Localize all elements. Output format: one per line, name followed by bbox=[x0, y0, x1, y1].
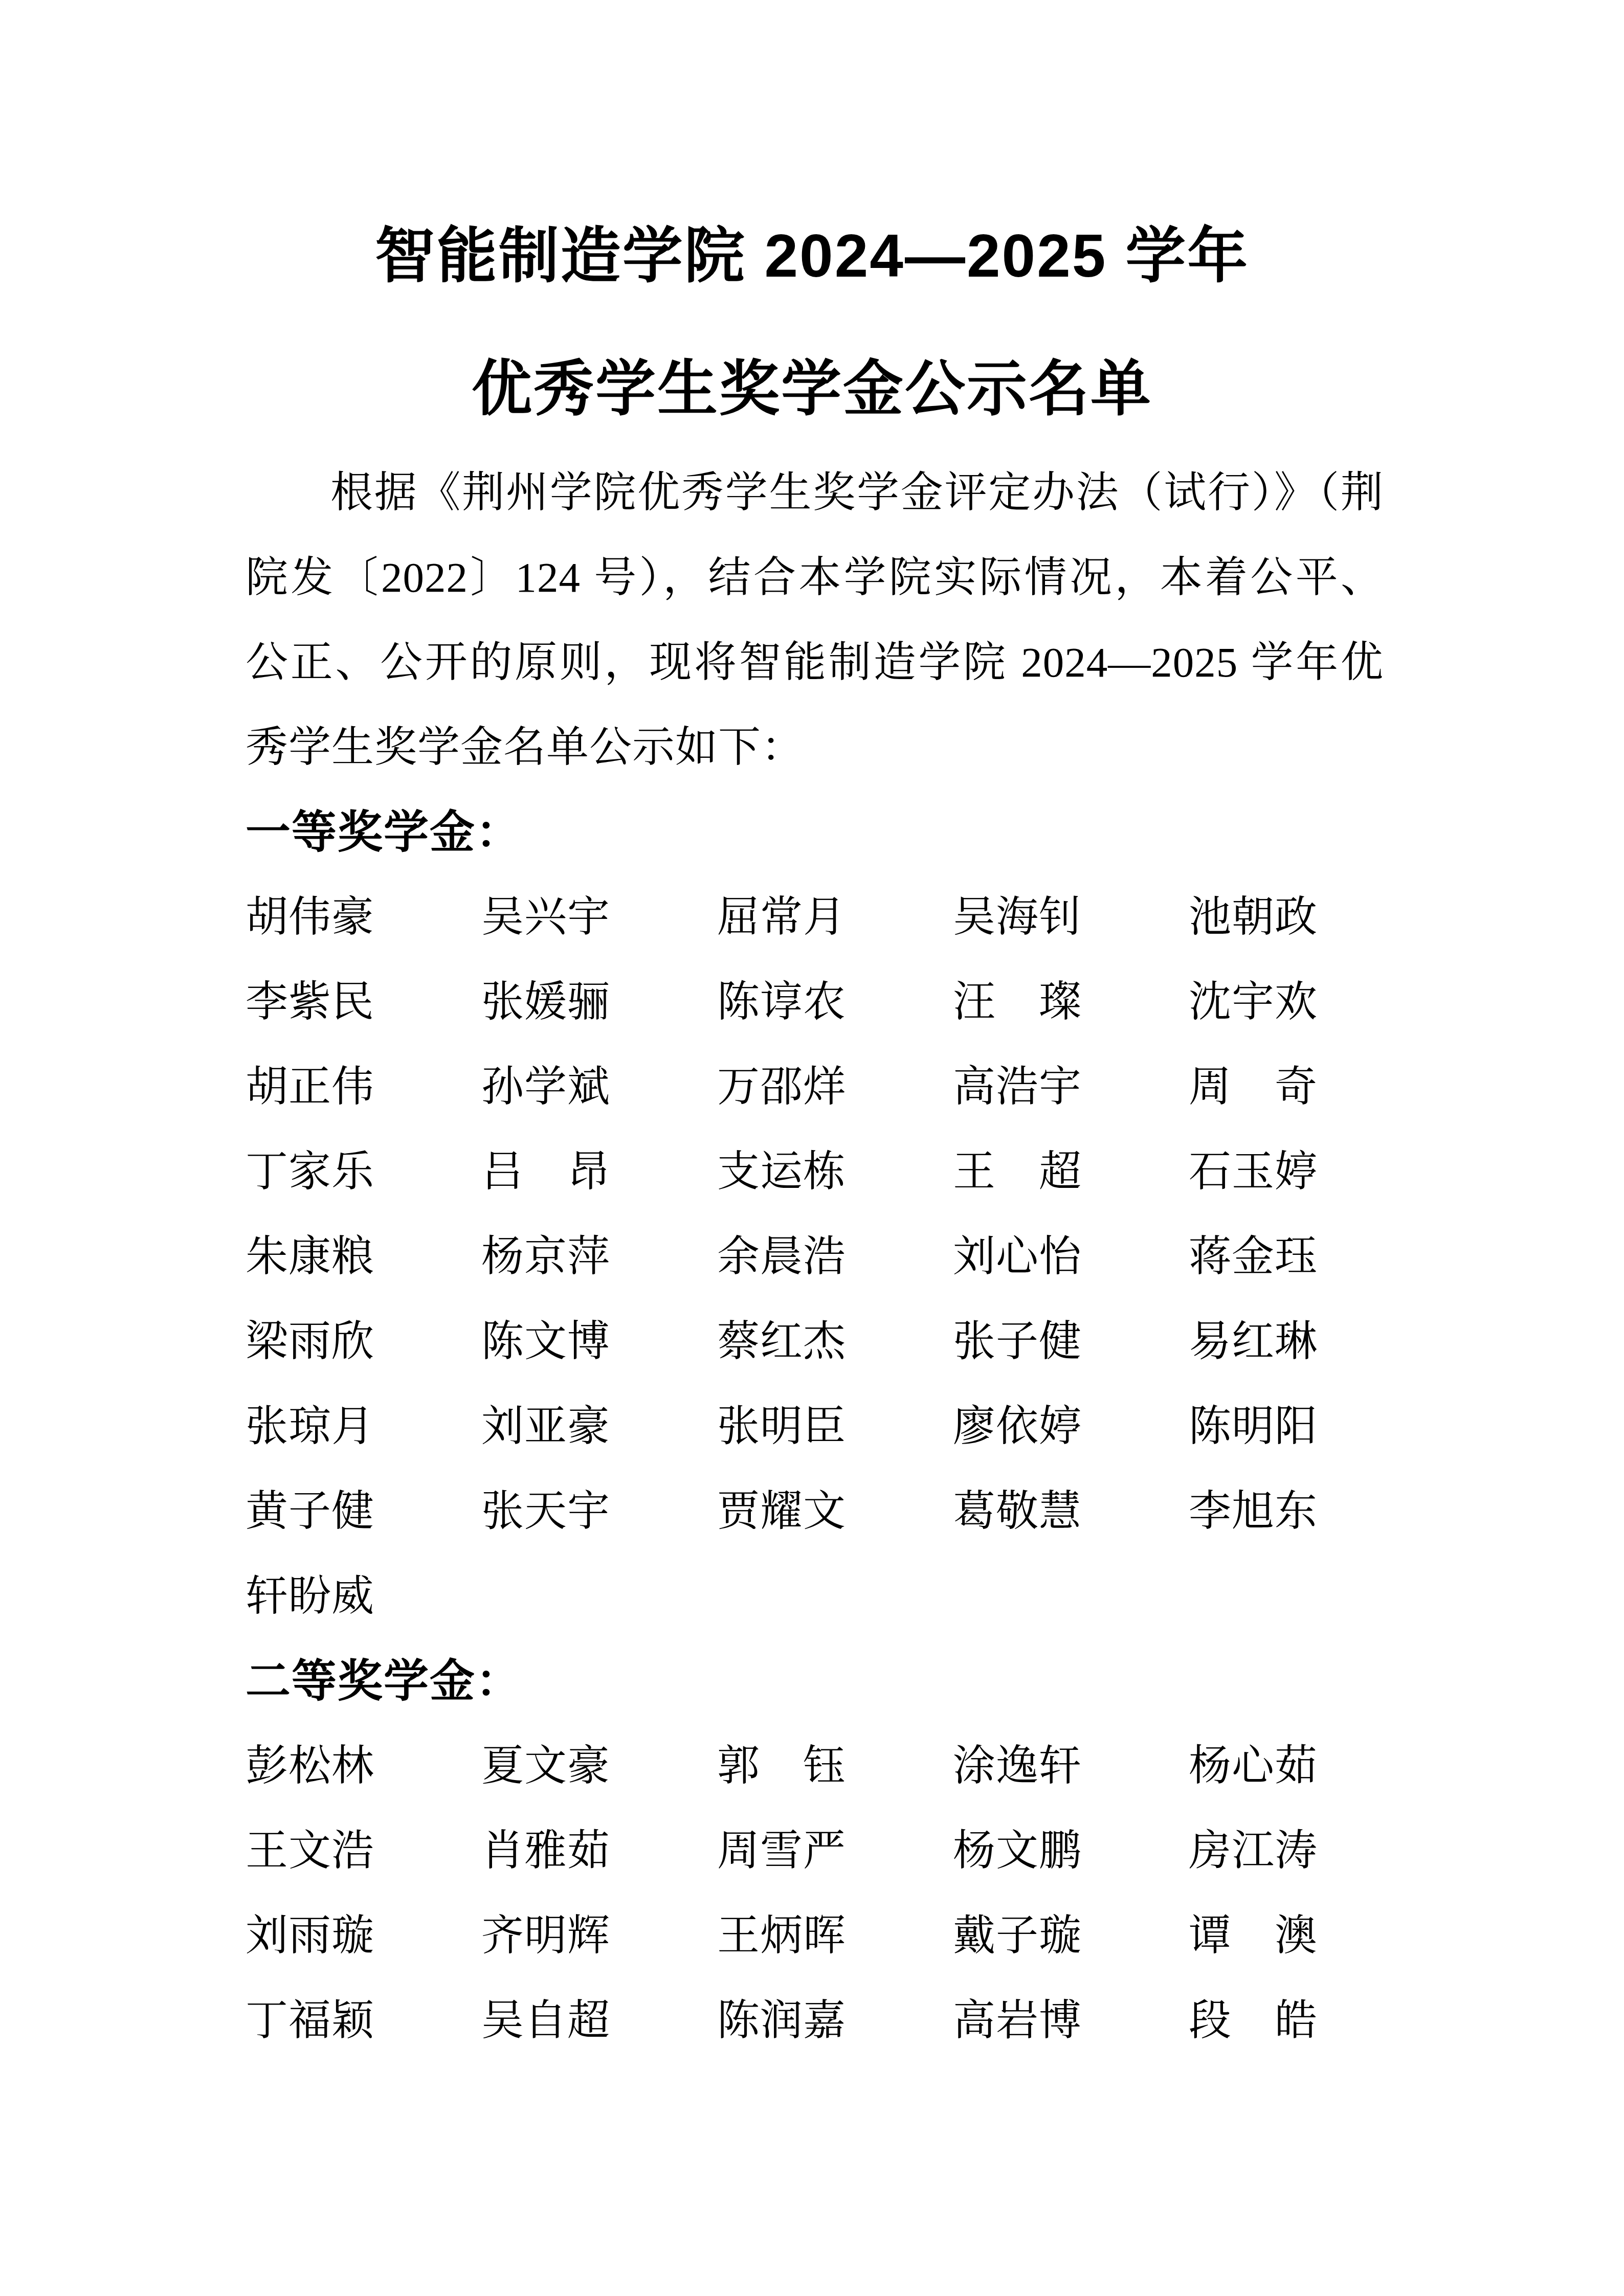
student-name: 高岩博 bbox=[953, 1978, 1189, 2063]
name-grid: 胡伟豪吴兴宇屈常月吴海钊池朝政李紫民张媛骊陈谆农汪 璨沈宇欢胡正伟孙学斌万邵烊高… bbox=[246, 874, 1384, 1638]
student-name: 刘雨璇 bbox=[246, 1893, 481, 1978]
student-name: 陈明阳 bbox=[1189, 1384, 1318, 1469]
student-name: 肖雅茹 bbox=[481, 1808, 717, 1893]
student-name: 吴兴宇 bbox=[481, 874, 717, 959]
name-row: 轩盼威 bbox=[246, 1554, 1384, 1638]
paragraph-line: 秀学生奖学金名单公示如下： bbox=[246, 705, 1384, 790]
name-row: 丁家乐吕 昂支运栋王 超石玉婷 bbox=[246, 1129, 1384, 1214]
student-name: 李紫民 bbox=[246, 959, 481, 1044]
student-name: 张明臣 bbox=[717, 1384, 953, 1469]
student-name: 吴海钊 bbox=[953, 874, 1189, 959]
student-name: 张天宇 bbox=[481, 1469, 717, 1554]
name-row: 胡正伟孙学斌万邵烊高浩宇周 奇 bbox=[246, 1044, 1384, 1129]
section-heading: 二等奖学金： bbox=[246, 1655, 522, 1706]
name-row: 黄子健张天宇贾耀文葛敬慧李旭东 bbox=[246, 1469, 1384, 1554]
student-name: 陈文博 bbox=[481, 1299, 717, 1384]
student-name: 蔡红杰 bbox=[717, 1299, 953, 1384]
student-name: 彭松林 bbox=[246, 1723, 481, 1808]
student-name: 胡伟豪 bbox=[246, 874, 481, 959]
student-name: 杨文鹏 bbox=[953, 1808, 1189, 1893]
student-name: 刘心怡 bbox=[953, 1214, 1189, 1299]
section-second-class-scholarship: 二等奖学金： 彭松林夏文豪郭 钰涂逸轩杨心茹王文浩肖雅茹周雪严杨文鹏房江涛刘雨璇… bbox=[246, 1638, 1384, 2063]
student-name: 胡正伟 bbox=[246, 1044, 481, 1129]
student-name: 支运栋 bbox=[717, 1129, 953, 1214]
name-row: 朱康粮杨京萍余晨浩刘心怡蒋金珏 bbox=[246, 1214, 1384, 1299]
student-name: 周雪严 bbox=[717, 1808, 953, 1893]
document-body: 根据《荆州学院优秀学生奖学金评定办法（试行）》（荆 院发〔2022〕124 号）… bbox=[246, 450, 1384, 2063]
student-name: 王 超 bbox=[953, 1129, 1189, 1214]
student-name: 陈谆农 bbox=[717, 959, 953, 1044]
student-name: 轩盼威 bbox=[246, 1554, 374, 1638]
student-name: 谭 澳 bbox=[1189, 1893, 1318, 1978]
paragraph-line: 院发〔2022〕124 号），结合本学院实际情况，本着公平、 bbox=[246, 535, 1384, 620]
student-name: 房江涛 bbox=[1189, 1808, 1318, 1893]
student-name: 万邵烊 bbox=[717, 1044, 953, 1129]
student-name: 丁福颖 bbox=[246, 1978, 481, 2063]
student-name: 石玉婷 bbox=[1189, 1129, 1318, 1214]
document-title-line2: 优秀学生奖学金公示名单 bbox=[0, 356, 1624, 422]
student-name: 孙学斌 bbox=[481, 1044, 717, 1129]
intro-paragraph: 根据《荆州学院优秀学生奖学金评定办法（试行）》（荆 院发〔2022〕124 号）… bbox=[246, 450, 1384, 790]
name-row: 丁福颖吴自超陈润嘉高岩博段 皓 bbox=[246, 1978, 1384, 2063]
name-row: 张琼月刘亚豪张明臣廖依婷陈明阳 bbox=[246, 1384, 1384, 1469]
name-row: 李紫民张媛骊陈谆农汪 璨沈宇欢 bbox=[246, 959, 1384, 1044]
paragraph-line: 公正、公开的原则，现将智能制造学院 2024—2025 学年优 bbox=[246, 620, 1384, 705]
student-name: 张媛骊 bbox=[481, 959, 717, 1044]
document-page: 智能制造学院 2024—2025 学年 优秀学生奖学金公示名单 根据《荆州学院优… bbox=[0, 0, 1624, 2296]
student-name: 汪 璨 bbox=[953, 959, 1189, 1044]
student-name: 郭 钰 bbox=[717, 1723, 953, 1808]
student-name: 吴自超 bbox=[481, 1978, 717, 2063]
student-name: 蒋金珏 bbox=[1189, 1214, 1318, 1299]
student-name: 池朝政 bbox=[1189, 874, 1318, 959]
student-name: 黄子健 bbox=[246, 1469, 481, 1554]
student-name: 刘亚豪 bbox=[481, 1384, 717, 1469]
student-name: 吕 昂 bbox=[481, 1129, 717, 1214]
student-name: 王炳晖 bbox=[717, 1893, 953, 1978]
student-name: 陈润嘉 bbox=[717, 1978, 953, 2063]
student-name: 齐明辉 bbox=[481, 1893, 717, 1978]
name-row: 彭松林夏文豪郭 钰涂逸轩杨心茹 bbox=[246, 1723, 1384, 1808]
student-name: 屈常月 bbox=[717, 874, 953, 959]
student-name: 贾耀文 bbox=[717, 1469, 953, 1554]
student-name: 戴子璇 bbox=[953, 1893, 1189, 1978]
student-name: 沈宇欢 bbox=[1189, 959, 1318, 1044]
student-name: 杨心茹 bbox=[1189, 1723, 1318, 1808]
student-name: 张琼月 bbox=[246, 1384, 481, 1469]
student-name: 葛敬慧 bbox=[953, 1469, 1189, 1554]
name-grid: 彭松林夏文豪郭 钰涂逸轩杨心茹王文浩肖雅茹周雪严杨文鹏房江涛刘雨璇齐明辉王炳晖戴… bbox=[246, 1723, 1384, 2063]
student-name: 余晨浩 bbox=[717, 1214, 953, 1299]
name-row: 梁雨欣陈文博蔡红杰张子健易红琳 bbox=[246, 1299, 1384, 1384]
section-heading: 一等奖学金： bbox=[246, 806, 522, 857]
student-name: 杨京萍 bbox=[481, 1214, 717, 1299]
student-name: 易红琳 bbox=[1189, 1299, 1318, 1384]
student-name: 涂逸轩 bbox=[953, 1723, 1189, 1808]
student-name: 夏文豪 bbox=[481, 1723, 717, 1808]
student-name: 朱康粮 bbox=[246, 1214, 481, 1299]
paragraph-line: 根据《荆州学院优秀学生奖学金评定办法（试行）》（荆 bbox=[246, 450, 1384, 535]
name-row: 胡伟豪吴兴宇屈常月吴海钊池朝政 bbox=[246, 874, 1384, 959]
student-name: 段 皓 bbox=[1189, 1978, 1318, 2063]
student-name: 李旭东 bbox=[1189, 1469, 1318, 1554]
student-name: 丁家乐 bbox=[246, 1129, 481, 1214]
name-row: 刘雨璇齐明辉王炳晖戴子璇谭 澳 bbox=[246, 1893, 1384, 1978]
student-name: 廖依婷 bbox=[953, 1384, 1189, 1469]
student-name: 王文浩 bbox=[246, 1808, 481, 1893]
student-name: 周 奇 bbox=[1189, 1044, 1318, 1129]
student-name: 高浩宇 bbox=[953, 1044, 1189, 1129]
document-title-line1: 智能制造学院 2024—2025 学年 bbox=[0, 223, 1624, 289]
name-row: 王文浩肖雅茹周雪严杨文鹏房江涛 bbox=[246, 1808, 1384, 1893]
student-name: 梁雨欣 bbox=[246, 1299, 481, 1384]
student-name: 张子健 bbox=[953, 1299, 1189, 1384]
section-first-class-scholarship: 一等奖学金： 胡伟豪吴兴宇屈常月吴海钊池朝政李紫民张媛骊陈谆农汪 璨沈宇欢胡正伟… bbox=[246, 790, 1384, 1638]
